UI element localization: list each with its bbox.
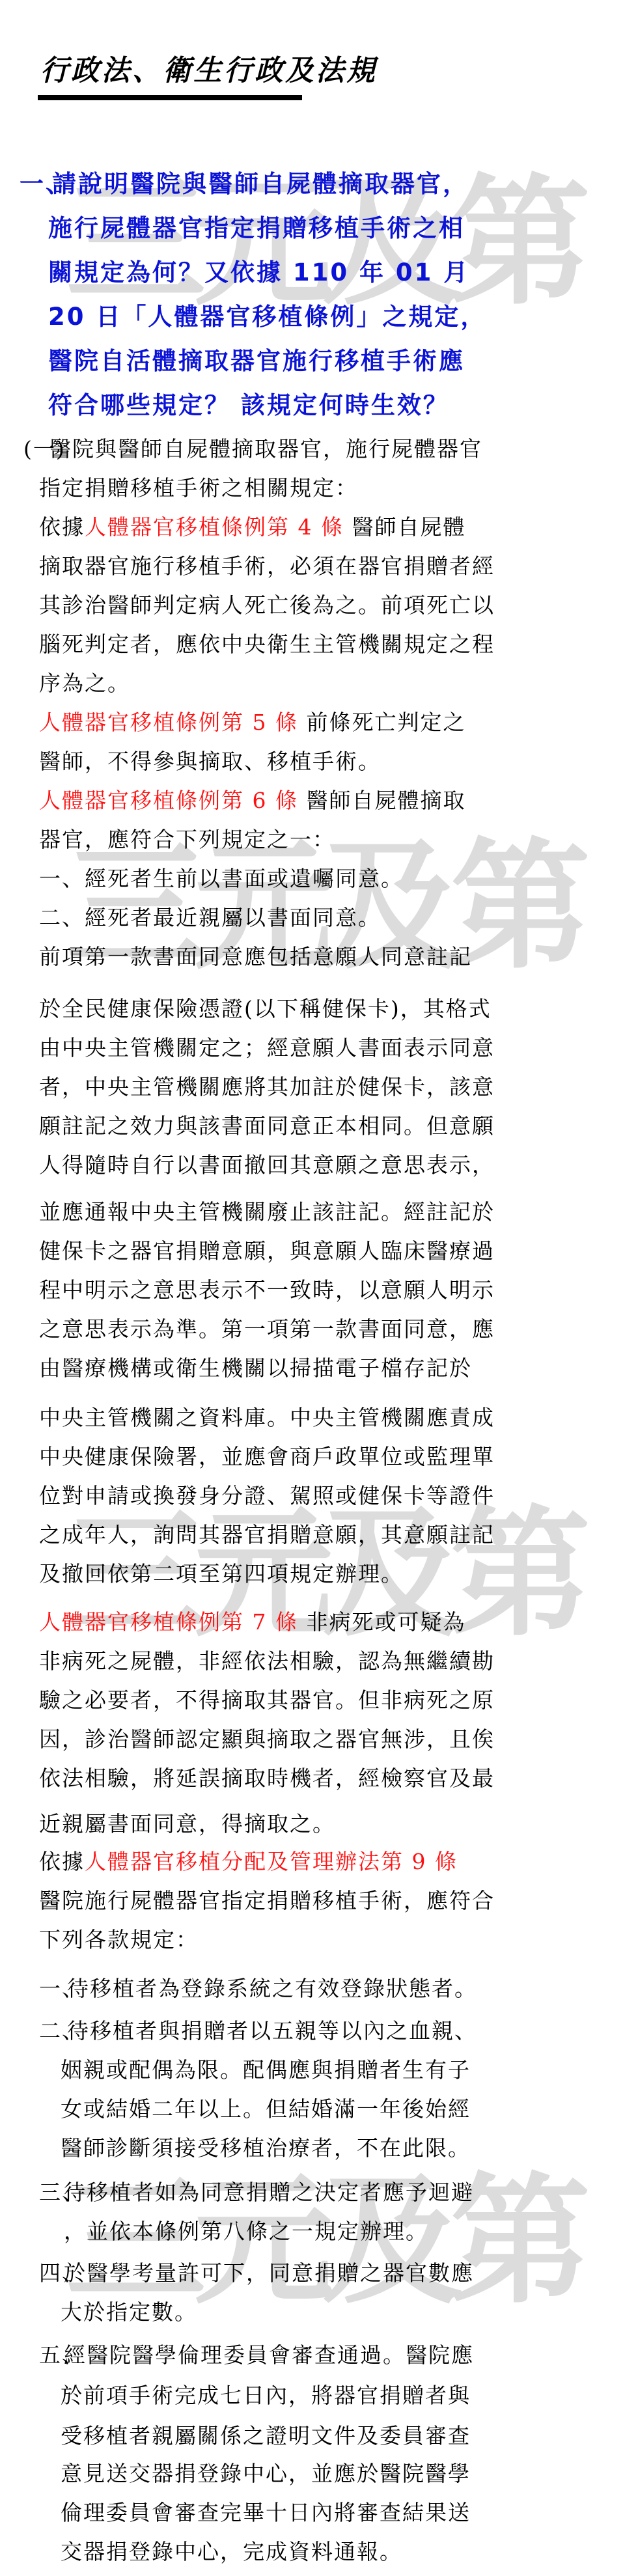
answer-line: 醫院與醫師自屍體摘取器官，施行屍體器官 (49, 430, 482, 469)
answer-line: 前項第一款書面同意應包括意願人同意註記 (39, 937, 472, 976)
citation-post: 醫師自屍體 (344, 514, 466, 540)
list-item-line: ，並依本條例第八條之一規定辦理。 (64, 2212, 428, 2251)
list-item-line: 經醫院醫學倫理委員會審查通過。醫院應 (64, 2336, 474, 2375)
answer-line: 醫師，不得參與摘取、移植手術。 (39, 742, 381, 781)
answer-line: 由中央主管機關定之；經意願人書面表示同意 (39, 1029, 495, 1068)
answer-line: 並應通報中央主管機關廢止該註記。經註記於 (39, 1193, 495, 1232)
answer-line: 近親屬書面同意，得摘取之。 (39, 1805, 335, 1844)
question-line: 關規定為何？又依據 110 年 01 月 (48, 251, 469, 294)
list-item-line: 女或結婚二年以上。但結婚滿一年後始經 (61, 2090, 471, 2129)
answer-line: 中央主管機關之資料庫。中央主管機關應責成 (39, 1398, 495, 1437)
list-item-line: 受移植者親屬關係之證明文件及委員審查 (61, 2417, 471, 2456)
title-underline (38, 95, 302, 100)
answer-line: 之成年人，詢問其器官捐贈意願，其意願註記 (39, 1516, 495, 1555)
citation-post: 前條死亡判定之 (298, 710, 466, 735)
law-citation: 人體器官移植條例第 6 條 (39, 788, 298, 813)
answer-line: 位對申請或換發身分證、駕照或健保卡等證件 (39, 1476, 495, 1516)
answer-line: 一、經死者生前以書面或遺囑同意。 (39, 859, 404, 898)
answer-line: 指定捐贈移植手術之相關規定： (39, 469, 358, 508)
list-item-line: 待移植者與捐贈者以五親等以內之血親、 (67, 2012, 477, 2051)
list-item-line: 待移植者為登錄系統之有效登錄狀態者。 (67, 1969, 477, 2008)
law-citation: 人體器官移植條例第 7 條 (39, 1609, 298, 1635)
question-line: 20 日「人體器官移植條例」之規定， (48, 296, 486, 339)
answer-line: 驗之必要者，不得摘取其器官。但非病死之原 (39, 1681, 495, 1720)
answer-line: 中央健康保險署，並應會商戶政單位或監理單 (39, 1437, 495, 1476)
answer-line: 腦死判定者，應依中央衛生主管機關規定之程 (39, 625, 495, 664)
citation-line: 人體器官移植條例第 6 條 醫師自屍體摘取 (39, 781, 465, 820)
answer-line: 人得隨時自行以書面撤回其意願之意思表示， (39, 1146, 495, 1185)
list-item-line: 待移植者如為同意捐贈之決定者應予迴避 (64, 2173, 474, 2212)
citation-post: 醫師自屍體摘取 (298, 788, 466, 813)
citation-pre: 依據 (39, 1849, 85, 1874)
answer-line: 序為之。 (39, 664, 130, 703)
answer-line: 二、經死者最近親屬以書面同意。 (39, 898, 381, 937)
citation-post: 非病死或可疑為 (298, 1609, 466, 1635)
answer-line: 摘取器官施行移植手術，必須在器官捐贈者經 (39, 547, 495, 586)
answer-line: 健保卡之器官捐贈意願，與意願人臨床醫療過 (39, 1232, 495, 1271)
answer-line: 依法相驗，將延誤摘取時機者，經檢察官及最 (39, 1759, 495, 1798)
citation-line: 依據人體器官移植條例第 4 條 醫師自屍體 (39, 508, 465, 547)
answer-line: 非病死之屍體，非經依法相驗，認為無繼續勘 (39, 1642, 495, 1681)
list-item-line: 於醫學考量許可下，同意捐贈之器官數應 (64, 2254, 474, 2293)
question-line: 請說明醫院與醫師自屍體摘取器官， (52, 163, 469, 206)
answer-line: 器官，應符合下列規定之一： (39, 820, 335, 859)
list-item-line: 意見送交器捐登錄中心，並應於醫院醫學 (61, 2454, 471, 2493)
question-line: 施行屍體器官指定捐贈移植手術之相 (48, 207, 465, 250)
list-item-line: 大於指定數。 (61, 2293, 197, 2332)
answer-line: 於全民健康保險憑證(以下稱健保卡)，其格式 (39, 990, 492, 1029)
list-item-line: 於前項手術完成七日內，將器官捐贈者與 (61, 2376, 471, 2415)
answer-line: 下列各款規定： (39, 1920, 199, 1960)
page-title: 行政法、衛生行政及法規 (38, 46, 302, 100)
citation-line: 人體器官移植條例第 5 條 前條死亡判定之 (39, 703, 465, 742)
answer-line: 之意思表示為準。第一項第一款書面同意，應 (39, 1310, 495, 1349)
law-citation: 人體器官移植分配及管理辦法第 9 條 (85, 1849, 458, 1874)
answer-line: 者，中央主管機關應將其加註於健保卡，該意 (39, 1068, 495, 1107)
citation-line: 依據人體器官移植分配及管理辦法第 9 條 (39, 1842, 458, 1881)
question-line: 符合哪些規定？ 該規定何時生效？ (48, 384, 449, 427)
list-item-line: 倫理委員會審查完畢十日內將審查結果送 (61, 2493, 471, 2532)
page-title-text: 行政法、衛生行政及法規 (40, 46, 299, 96)
answer-line: 因，診治醫師認定顯與摘取之器官無涉，且俟 (39, 1720, 495, 1759)
answer-line: 由醫療機構或衛生機關以掃描電子檔存記於 (39, 1349, 472, 1388)
citation-pre: 依據 (39, 514, 85, 540)
answer-line: 其診治醫師判定病人死亡後為之。前項死亡以 (39, 586, 495, 625)
law-citation: 人體器官移植條例第 4 條 (85, 514, 344, 540)
citation-line: 人體器官移植條例第 7 條 非病死或可疑為 (39, 1603, 465, 1642)
answer-line: 及撤回依第二項至第四項規定辦理。 (39, 1555, 404, 1594)
list-item-line: 醫師診斷須接受移植治療者，不在此限。 (61, 2129, 471, 2168)
law-citation: 人體器官移植條例第 5 條 (39, 710, 298, 735)
answer-line: 醫院施行屍體器官指定捐贈移植手術，應符合 (39, 1881, 495, 1920)
list-item-line: 姻親或配偶為限。配偶應與捐贈者生有子 (61, 2051, 471, 2090)
list-item-line: 交器捐登錄中心，完成資料通報。 (61, 2532, 402, 2571)
answer-line: 願註記之效力與該書面同意正本相同。但意願 (39, 1107, 495, 1146)
question-line: 醫院自活體摘取器官施行移植手術應 (48, 340, 465, 383)
answer-line: 程中明示之意思表示不一致時，以意願人明示 (39, 1271, 495, 1310)
